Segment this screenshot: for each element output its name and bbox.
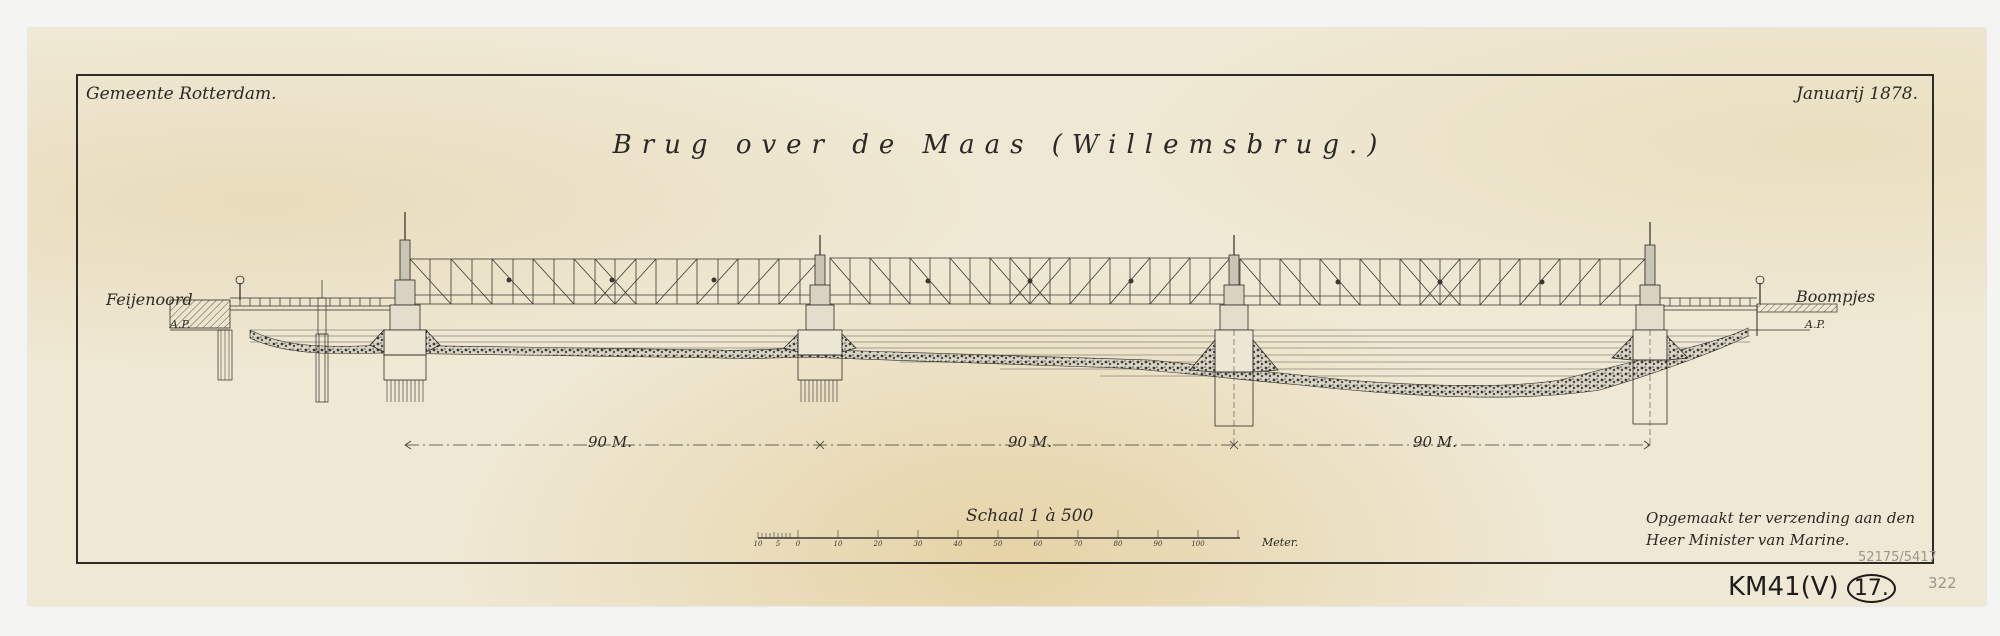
scale-tick: 20 (874, 540, 883, 548)
dispatch-note: Opgemaakt ter verzending aan den Heer Mi… (1646, 507, 1915, 551)
scale-tick: 60 (1034, 540, 1043, 548)
pier-3 (1190, 235, 1278, 445)
scale-title: Schaal 1 à 500 (966, 506, 1093, 526)
scale-tick: 70 (1074, 540, 1083, 548)
right-abutment (1756, 276, 1837, 336)
pencil-page-number: 322 (1928, 574, 1957, 592)
scale-tick: 100 (1191, 540, 1204, 548)
archive-ref-number: 17. (1847, 574, 1896, 603)
scale-tick: 5 (776, 540, 780, 548)
dispatch-note-line-1: Opgemaakt ter verzending aan den (1646, 507, 1915, 529)
scale-tick: 30 (914, 540, 923, 548)
scale-tick: 10 (754, 540, 763, 548)
scale-bar (758, 530, 1240, 538)
pencil-inventory-mark: 52175/5417 (1858, 550, 1937, 565)
left-abutment (170, 276, 244, 380)
scale-tick: 0 (796, 540, 800, 548)
right-approach-span (1660, 298, 1757, 310)
scale-tick: 10 (834, 540, 843, 548)
truss-lamp-ornaments (507, 278, 1545, 285)
dispatch-note-line-2: Heer Minister van Marine. (1646, 529, 1915, 551)
scale-tick: 40 (954, 540, 963, 548)
pier-2 (784, 235, 856, 402)
truss-span-1 (410, 259, 820, 304)
archive-reference: KM41(V) 17. (1728, 572, 1896, 603)
scale-tick: 50 (994, 540, 1003, 548)
span-label-2: 90 M. (1008, 433, 1052, 451)
span-label-1: 90 M. (588, 433, 632, 451)
scale-unit-label: Meter. (1262, 536, 1298, 549)
left-approach-span (230, 280, 395, 402)
pier-1 (370, 212, 440, 402)
scale-tick: 90 (1154, 540, 1163, 548)
scale-tick: 80 (1114, 540, 1123, 548)
riverbed (250, 328, 1748, 397)
archive-ref-prefix: KM41(V) (1728, 572, 1839, 602)
pier-4 (1612, 222, 1688, 445)
span-label-3: 90 M. (1413, 433, 1457, 451)
